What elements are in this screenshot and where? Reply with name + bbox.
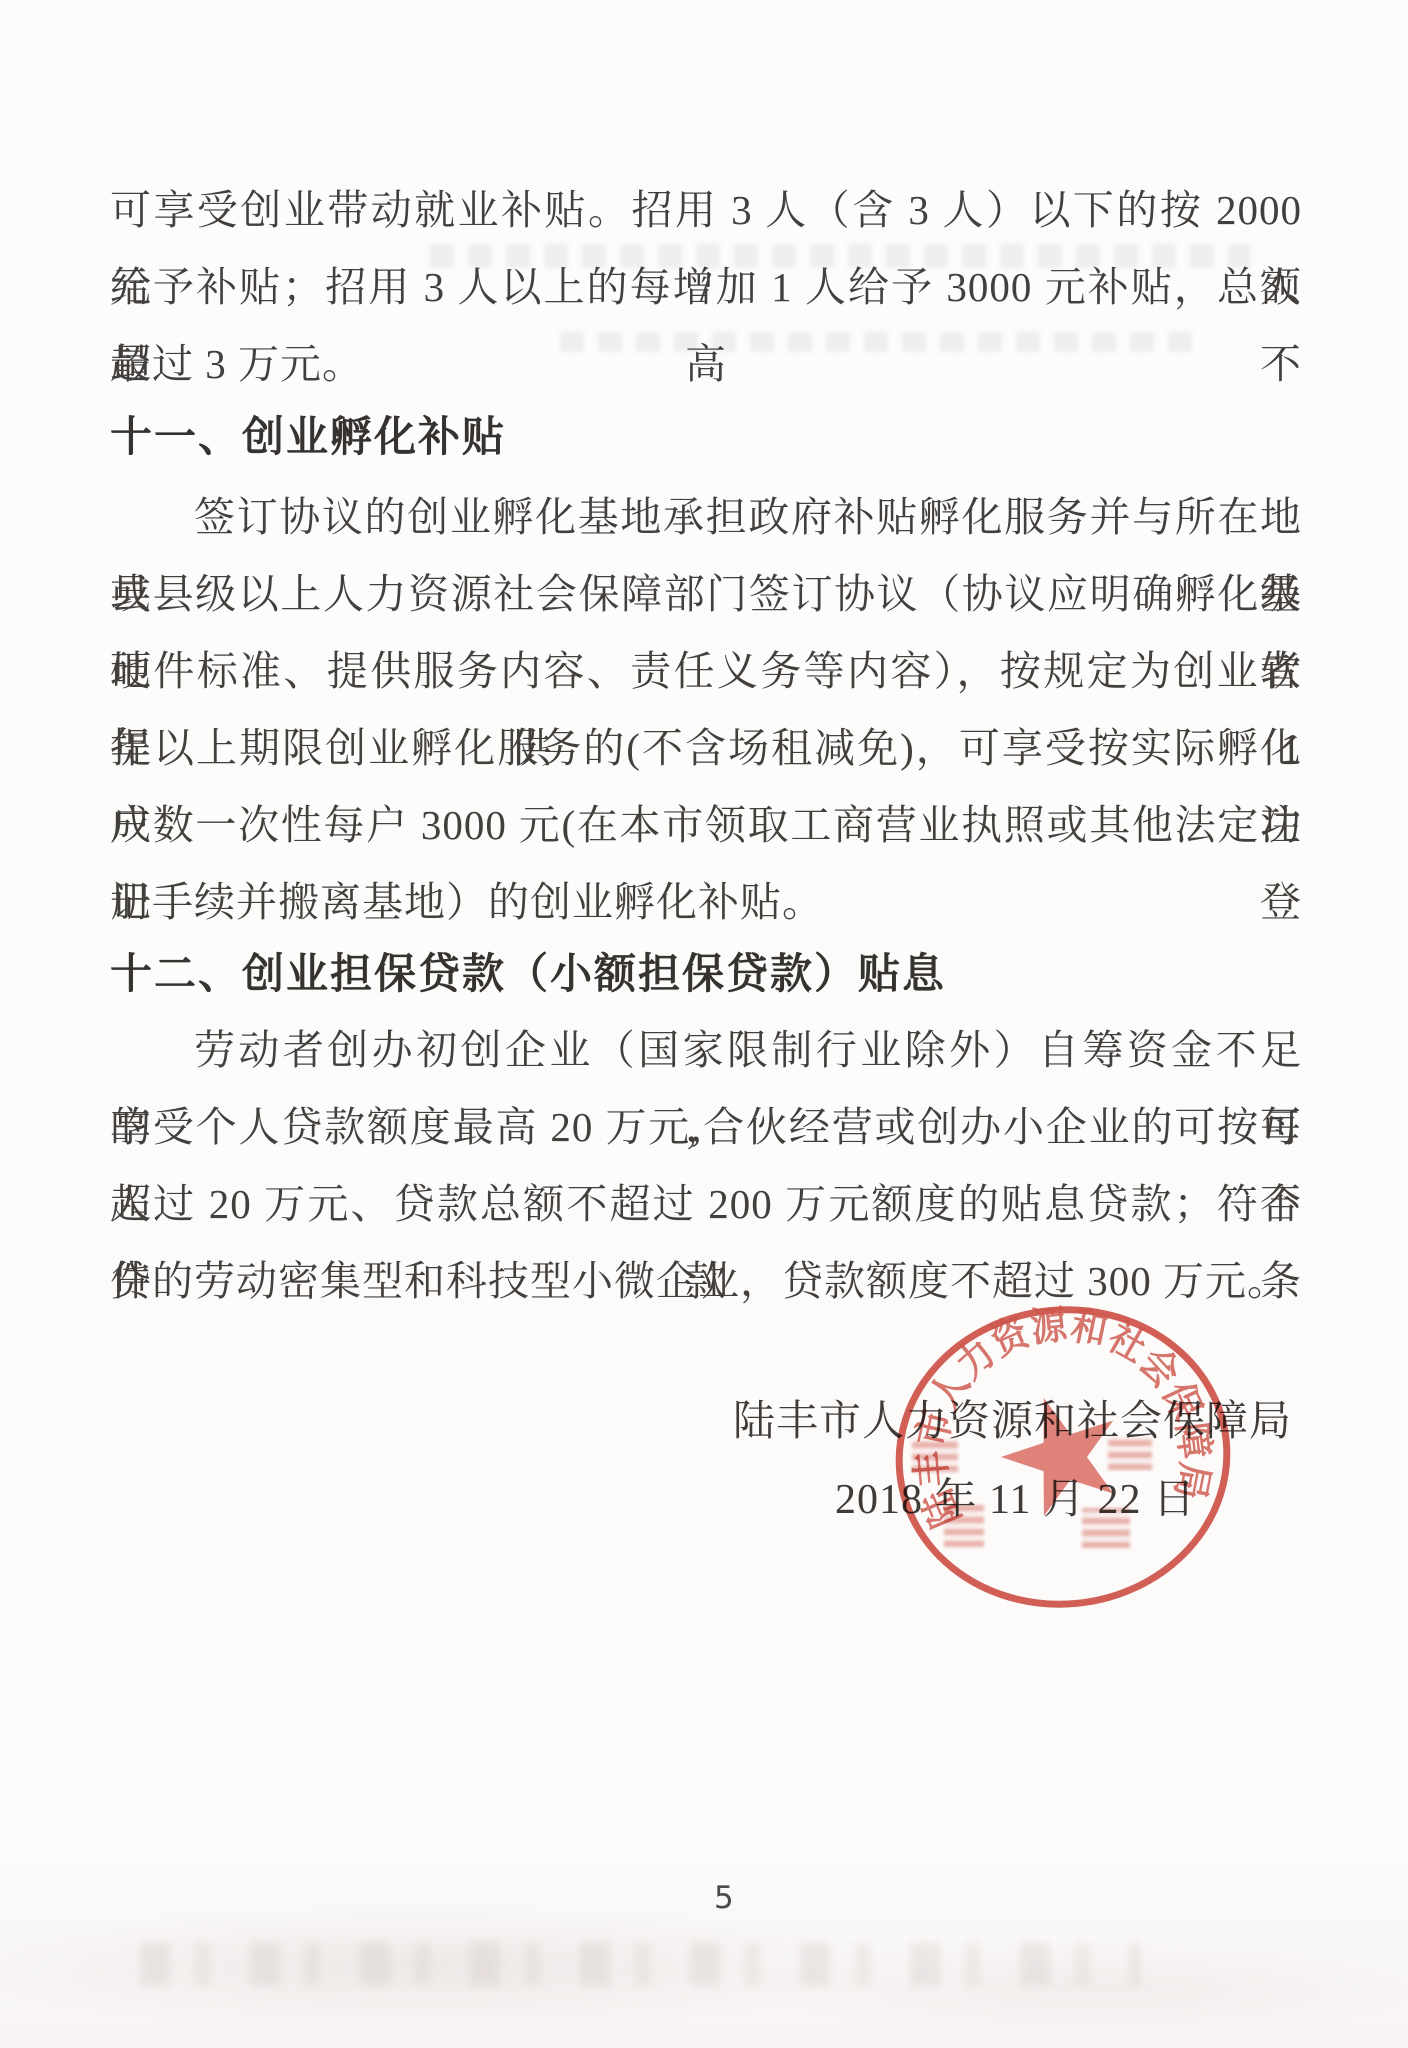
text-line: 劳动者创办初创企业（国家限制行业除外）自筹资金不足的，可 [110, 1012, 1302, 1089]
text-line: 享受个人贷款额度最高 20 万元,合伙经营或创办小企业的可按每人不 [110, 1089, 1302, 1166]
seal-ring-text: 陆丰市人力资源和社会保障局 [893, 1300, 1222, 1535]
section-12-heading: 十二、创业担保贷款（小额担保贷款）贴息 [110, 937, 946, 1014]
text-line: 或县级以上人力资源社会保障部门签订协议（协议应明确孵化基地软 [110, 556, 1302, 633]
seal-ink-smudge [944, 1505, 984, 1547]
text-line: 年以上期限创业孵化服务的(不含场租减免)，可享受按实际孵化成功 [110, 710, 1302, 787]
text-line: 给予补贴；招用 3 人以上的每增加 1 人给予 3000 元补贴，总额最高不 [110, 249, 1302, 326]
text-line: 户数一次性每户 3000 元(在本市领取工商营业执照或其他法定注册登 [110, 787, 1302, 864]
page-number: 5 [714, 1880, 734, 1916]
text-line: 签订协议的创业孵化基地承担政府补贴孵化服务并与所在地县级 [110, 479, 1302, 556]
section-12-paragraph: 劳动者创办初创企业（国家限制行业除外）自筹资金不足的，可 享受个人贷款额度最高 … [110, 1012, 1302, 1320]
text-line: 硬件标准、提供服务内容、责任义务等内容），按规定为创业者提供 1 [110, 633, 1302, 710]
scan-shadow-artifact [140, 1942, 1140, 1986]
scanned-document-page: 可享受创业带动就业补贴。招用 3 人（含 3 人）以下的按 2000 元/人 给… [0, 0, 1408, 2048]
seal-ink-smudge [1082, 1508, 1130, 1548]
text-line: 超过 20 万元、贷款总额不超过 200 万元额度的贴息贷款；符合贷款条 [110, 1166, 1302, 1243]
svg-text:陆丰市人力资源和社会保障局: 陆丰市人力资源和社会保障局 [893, 1300, 1222, 1535]
section-11-heading: 十一、创业孵化补贴 [110, 400, 506, 477]
seal-ink-smudge [912, 1438, 958, 1472]
text-line: 可享受创业带动就业补贴。招用 3 人（含 3 人）以下的按 2000 元/人 [110, 172, 1302, 249]
seal-ink-smudge [1108, 1436, 1152, 1470]
section-11-paragraph: 签订协议的创业孵化基地承担政府补贴孵化服务并与所在地县级 或县级以上人力资源社会… [110, 479, 1302, 941]
paragraph-continuation: 可享受创业带动就业补贴。招用 3 人（含 3 人）以下的按 2000 元/人 给… [110, 172, 1302, 403]
